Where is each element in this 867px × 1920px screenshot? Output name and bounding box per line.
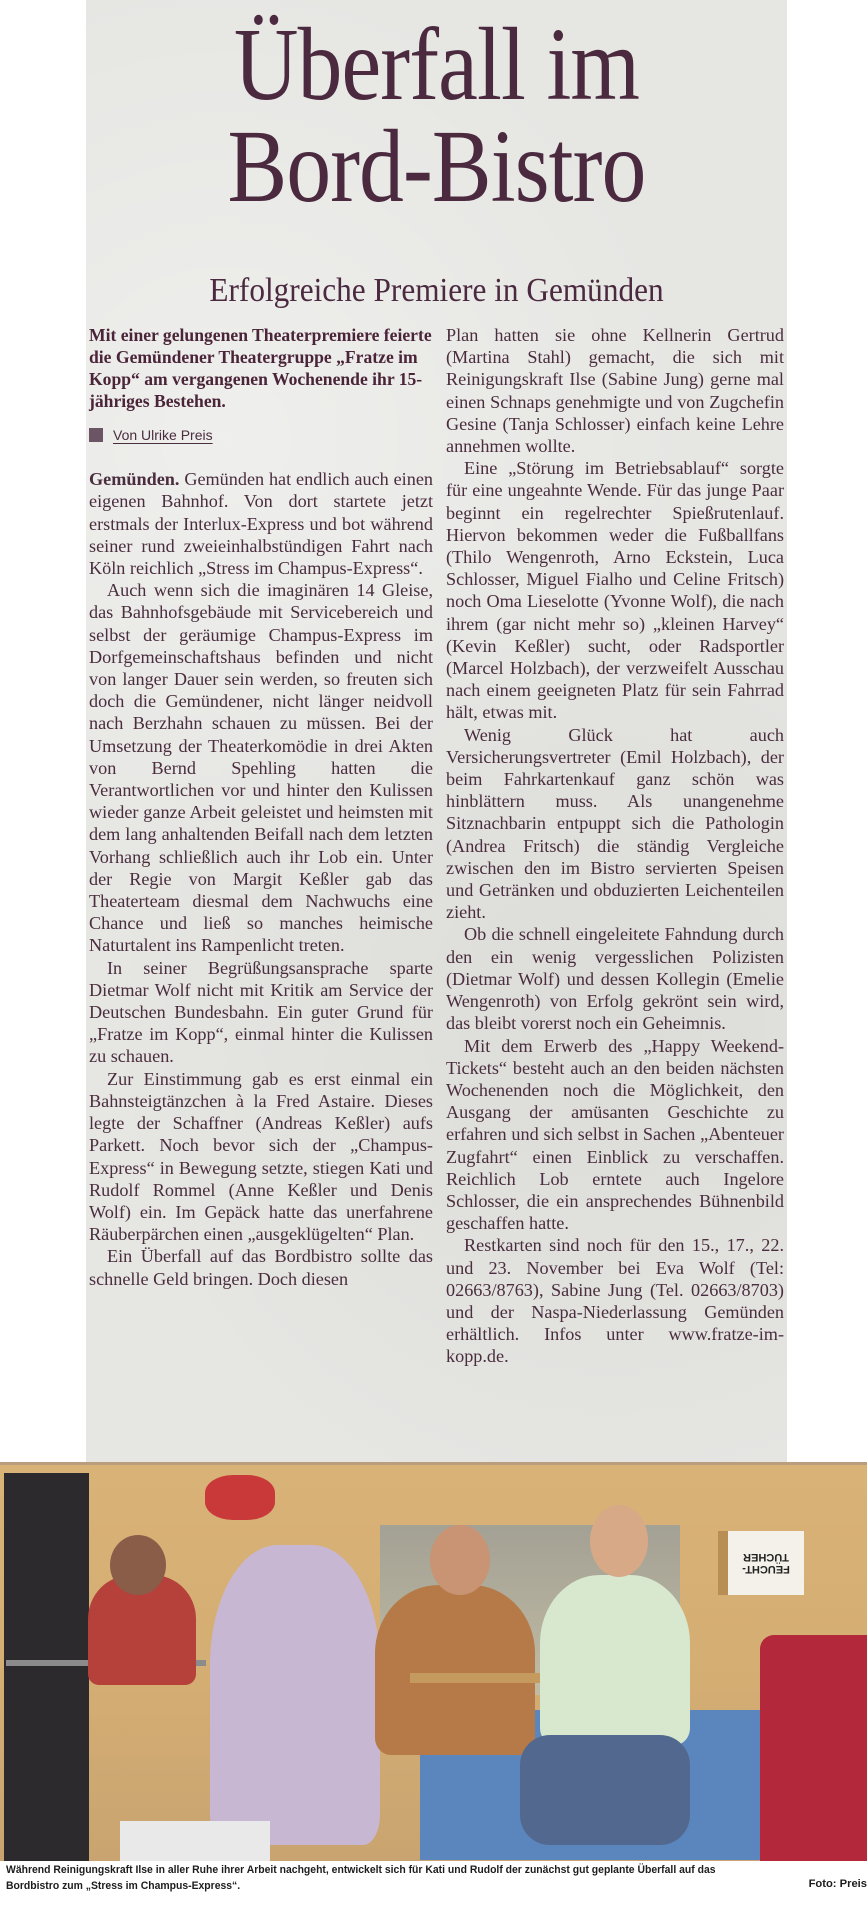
paragraph: Zur Einstimmung gab es erst einmal ein B… <box>89 1068 433 1246</box>
byline-square-icon <box>89 428 103 442</box>
caption-line-2: Bordbistro zum „Stress im Champus-Expres… <box>6 1878 801 1894</box>
stage-box <box>120 1821 270 1861</box>
dateline: Gemünden. <box>89 469 179 489</box>
photo-caption: Während Reinigungskraft Ilse in aller Ru… <box>6 1862 801 1894</box>
actor-kati <box>540 1575 690 1745</box>
actor-waitress-head <box>110 1535 166 1595</box>
actor-rudolf-head <box>430 1525 490 1595</box>
article-lead: Mit einer gelungenen Theaterpremiere fei… <box>89 324 433 412</box>
article-column-left: Mit einer gelungenen Theaterpremiere fei… <box>89 324 433 1290</box>
actor-kati-legs <box>520 1735 690 1845</box>
article-column-right: Plan hatten sie ohne Kellnerin Gertrud (… <box>446 324 784 1368</box>
train-seat <box>760 1635 867 1861</box>
photo-credit: Foto: Preis <box>809 1878 867 1890</box>
headline-line-1: Überfall im <box>234 7 639 122</box>
caption-line-1: Während Reinigungskraft Ilse in aller Ru… <box>6 1862 801 1878</box>
actor-cleaner-headscarf <box>205 1475 275 1520</box>
byline-author: Von Ulrike Preis <box>113 424 213 446</box>
paragraph: Mit dem Erwerb des „Happy Weekend-Ticket… <box>446 1035 784 1235</box>
paragraph: Auch wenn sich die imaginären 14 Gleise,… <box>89 579 433 956</box>
byline: Von Ulrike Preis <box>89 424 433 446</box>
paragraph: Restkarten sind noch für den 15., 17., 2… <box>446 1234 784 1367</box>
actor-kati-head <box>590 1505 648 1577</box>
paragraph: Plan hatten sie ohne Kellnerin Gertrud (… <box>446 324 784 457</box>
stage-sign: FEUCHT-TÜCHER <box>718 1531 804 1595</box>
actor-rudolf <box>375 1585 535 1755</box>
article-subheadline: Erfolgreiche Premiere in Gemünden <box>114 272 759 310</box>
paragraph: Gemünden. Gemünden hat endlich auch eine… <box>89 468 433 579</box>
stage-photo: FEUCHT-TÜCHER <box>0 1462 867 1861</box>
paragraph: Wenig Glück hat auch Versicherungsvertre… <box>446 724 784 924</box>
article-headline: Überfall im Bord-Bistro <box>135 14 738 218</box>
paragraph: Eine „Störung im Betriebsablauf“ sorgte … <box>446 457 784 723</box>
paragraph: In seiner Begrüßungsansprache sparte Die… <box>89 957 433 1068</box>
actor-cleaner <box>210 1545 380 1845</box>
bistro-table <box>410 1673 540 1683</box>
paragraph: Ein Überfall auf das Bordbistro sollte d… <box>89 1245 433 1289</box>
stage-wing <box>4 1473 89 1861</box>
headline-line-2: Bord-Bistro <box>228 109 646 224</box>
paragraph: Ob die schnell eingeleitete Fahndung dur… <box>446 923 784 1034</box>
